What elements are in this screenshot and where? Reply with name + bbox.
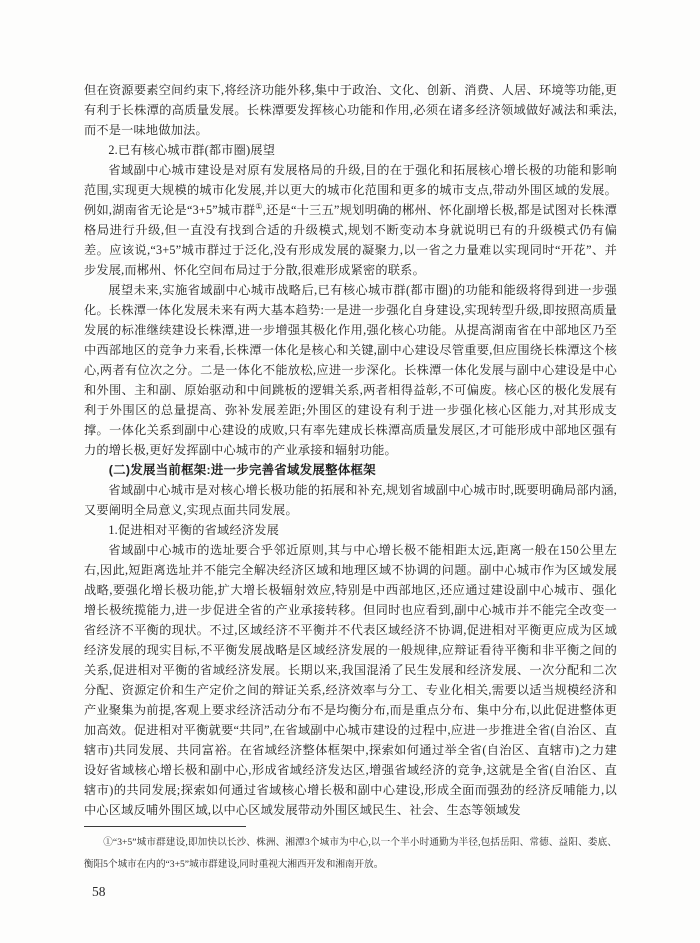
book-page: 但在资源要素空间约束下,将经济功能外移,集中于政治、文化、创新、消费、人居、环境… — [0, 0, 700, 943]
footnote-ref-marker: ① — [255, 202, 262, 211]
body-paragraph-upgrade: 省域副中心城市建设是对原有发展格局的升级,目的在于强化和拓展核心增长极的功能和影… — [84, 160, 617, 280]
body-paragraph-plan: 省域副中心城市是对核心增长极功能的拓展和补充,规划省域副中心城市时,既要明确局部… — [84, 480, 617, 520]
body-paragraph-carryover: 但在资源要素空间约束下,将经济功能外移,集中于政治、文化、创新、消费、人居、环境… — [84, 80, 617, 140]
section-heading-framework: (二)发展当前框架:进一步完善省域发展整体框架 — [84, 460, 617, 480]
footnote: ①“3+5”城市群建设,即加快以长沙、株洲、湘潭3个城市为中心,以一个半小时通勤… — [84, 832, 617, 876]
subsection-heading-city-cluster: 2.已有核心城市群(都市圈)展望 — [84, 140, 617, 160]
footnote-area: ①“3+5”城市群建设,即加快以长沙、株洲、湘潭3个城市为中心,以一个半小时通勤… — [84, 826, 617, 876]
page-body: 但在资源要素空间约束下,将经济功能外移,集中于政治、文化、创新、消费、人居、环境… — [84, 80, 617, 820]
subsection-heading-balance: 1.促进相对平衡的省域经济发展 — [84, 520, 617, 540]
footnote-separator — [84, 826, 246, 827]
page-number: 58 — [92, 884, 617, 900]
body-paragraph-balance: 省域副中心城市的选址要合乎邻近原则,其与中心增长极不能相距太远,距离一般在150… — [84, 540, 617, 820]
body-paragraph-outlook: 展望未来,实施省域副中心城市战略后,已有核心城市群(都市圈)的功能和能级将得到进… — [84, 280, 617, 460]
